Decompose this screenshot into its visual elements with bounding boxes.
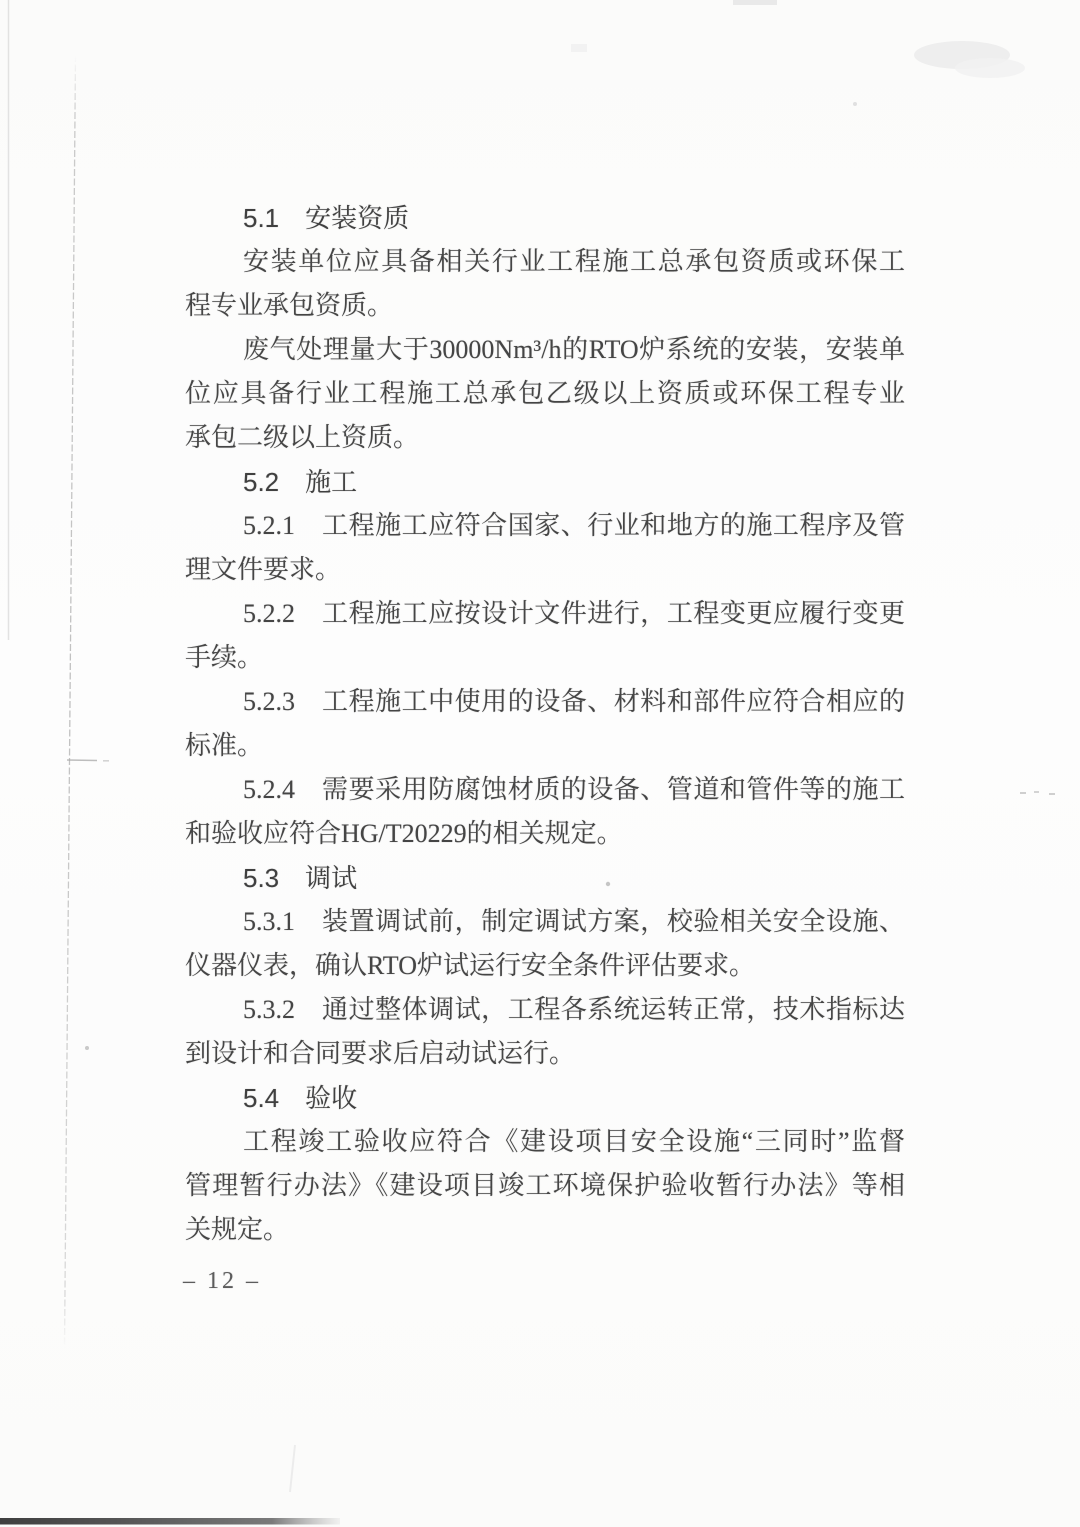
paragraph-line: 废气处理量大于30000Nm³/h的RTO炉系统的安装，安装单 <box>185 328 905 372</box>
smudge-artifact <box>955 58 1025 78</box>
paragraph-line: 位应具备行业工程施工总承包乙级以上资质或环保工程专业 <box>185 372 905 416</box>
top-smudge-artifact <box>571 44 587 52</box>
top-edge-mark-artifact <box>733 0 777 5</box>
paragraph-line: 仪器仪表，确认RTO炉试运行安全条件评估要求。 <box>185 944 905 988</box>
paragraph-line: 和验收应符合HG/T20229的相关规定。 <box>185 812 905 856</box>
clause-line-5-3-2: 5.3.2 通过整体调试，工程各系统运转正常，技术指标达 <box>185 988 905 1032</box>
paragraph-line: 工程竣工验收应符合《建设项目安全设施“三同时”监督 <box>185 1120 905 1164</box>
clause-line-5-3-1: 5.3.1 装置调试前，制定调试方案，校验相关安全设施、 <box>185 900 905 944</box>
paragraph-line: 管理暂行办法》《建设项目竣工环境保护验收暂行办法》等相 <box>185 1164 905 1208</box>
dust-speck-artifact <box>853 102 857 106</box>
paragraph-line: 关规定。 <box>185 1208 905 1252</box>
dust-dash-artifact <box>1020 792 1026 794</box>
smudge-artifact <box>914 41 1010 69</box>
margin-tick-dot-artifact <box>103 760 109 762</box>
clause-line-5-2-4: 5.2.4 需要采用防腐蚀材质的设备、管道和管件等的施工 <box>185 768 905 812</box>
paragraph-line: 标准。 <box>185 724 905 768</box>
paragraph-line: 到设计和合同要求后启动试运行。 <box>185 1032 905 1076</box>
clause-line-5-2-2: 5.2.2 工程施工应按设计文件进行，工程变更应履行变更 <box>185 592 905 636</box>
vertical-scan-line-artifact <box>65 55 76 1348</box>
dust-speck-artifact <box>85 1046 89 1050</box>
paragraph-line: 手续。 <box>185 636 905 680</box>
clause-line-5-2-3: 5.2.3 工程施工中使用的设备、材料和部件应符合相应的 <box>185 680 905 724</box>
paragraph-line: 安装单位应具备相关行业工程施工总承包资质或环保工 <box>185 240 905 284</box>
bottom-scan-bar-artifact <box>0 1518 340 1525</box>
document-body: 5.1 安装资质 安装单位应具备相关行业工程施工总承包资质或环保工 程专业承包资… <box>185 196 905 1252</box>
paragraph-line: 承包二级以上资质。 <box>185 416 905 460</box>
clause-line-5-2-1: 5.2.1 工程施工应符合国家、行业和地方的施工程序及管 <box>185 504 905 548</box>
page-number: – 12 – <box>183 1268 261 1295</box>
document-page: 5.1 安装资质 安装单位应具备相关行业工程施工总承包资质或环保工 程专业承包资… <box>0 0 1080 1527</box>
dust-dash-artifact <box>1034 791 1039 793</box>
dust-wisp-artifact <box>290 1445 295 1492</box>
section-heading-5-4: 5.4 验收 <box>185 1076 905 1120</box>
paragraph-line: 理文件要求。 <box>185 548 905 592</box>
paragraph-line: 程专业承包资质。 <box>185 284 905 328</box>
margin-tick-artifact <box>67 760 97 761</box>
dust-dash-artifact <box>1049 793 1055 795</box>
section-heading-5-1: 5.1 安装资质 <box>185 196 905 240</box>
section-heading-5-3: 5.3 调试 <box>185 856 905 900</box>
section-heading-5-2: 5.2 施工 <box>185 460 905 504</box>
